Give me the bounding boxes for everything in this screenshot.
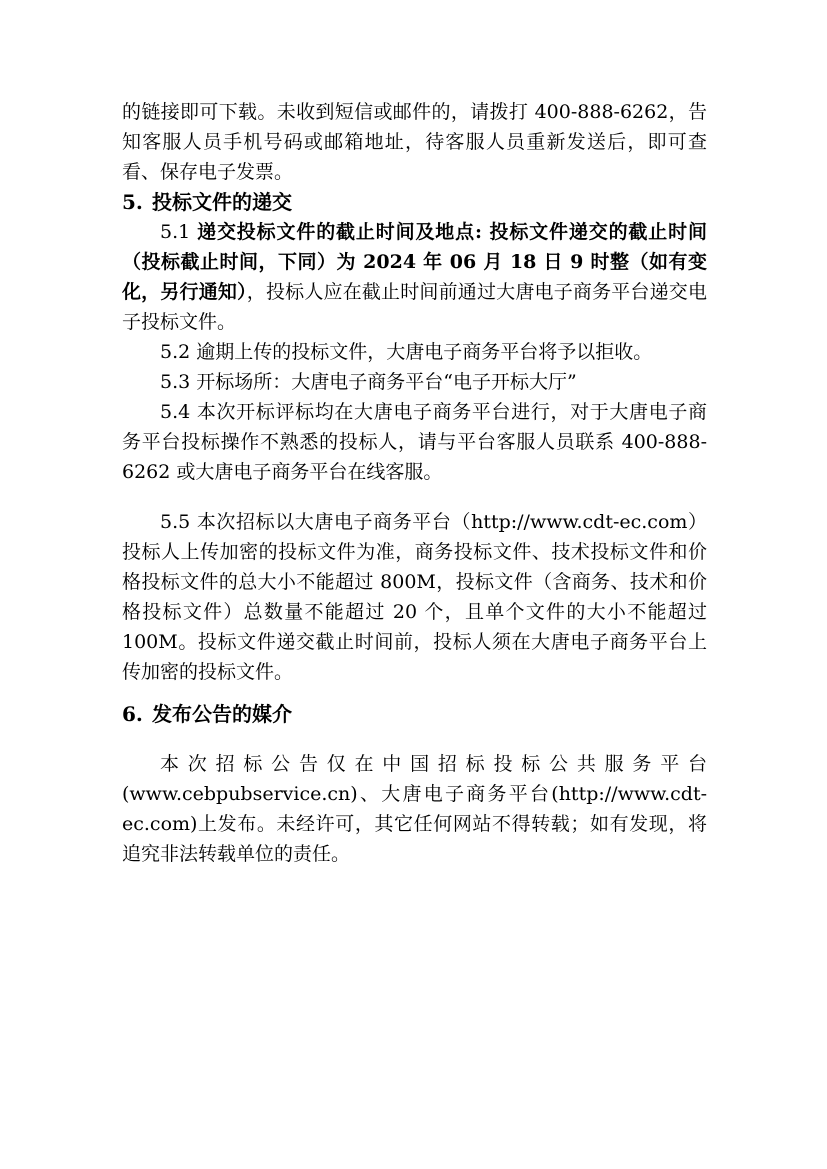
clause-5-5-paragraph: 5.5 本次招标以大唐电子商务平台（http://www.cdt-ec.com）…	[122, 507, 707, 687]
clause-5-1-number: 5.1	[160, 221, 197, 243]
section-6-body-paragraph: 本次招标公告仅在中国招标投标公共服务平台(www.cebpubservice.c…	[122, 749, 707, 869]
section-5-heading-number: 5.	[122, 187, 152, 217]
clause-5-1-paragraph: 5.1 递交投标文件的截止时间及地点: 投标文件递交的截止时间（投标截止时间，下…	[122, 217, 707, 337]
section-5-heading-title: 投标文件的递交	[152, 190, 292, 214]
section-5-heading: 5.投标文件的递交	[122, 187, 707, 217]
intro-continuation-paragraph: 的链接即可下载。未收到短信或邮件的，请拨打 400-888-6262，告知客服人…	[122, 97, 707, 187]
document-page: 的链接即可下载。未收到短信或邮件的，请拨打 400-888-6262，告知客服人…	[0, 0, 827, 1169]
document-content: 的链接即可下载。未收到短信或邮件的，请拨打 400-888-6262，告知客服人…	[122, 0, 707, 869]
clause-5-2-paragraph: 5.2 逾期上传的投标文件，大唐电子商务平台将予以拒收。	[122, 337, 707, 367]
section-6-heading-title: 发布公告的媒介	[152, 702, 292, 726]
clause-5-4-paragraph: 5.4 本次开标评标均在大唐电子商务平台进行，对于大唐电子商务平台投标操作不熟悉…	[122, 397, 707, 487]
section-6-heading: 6.发布公告的媒介	[122, 699, 707, 729]
section-6-heading-number: 6.	[122, 699, 152, 729]
clause-5-3-paragraph: 5.3 开标场所：大唐电子商务平台“电子开标大厅”	[122, 367, 707, 397]
